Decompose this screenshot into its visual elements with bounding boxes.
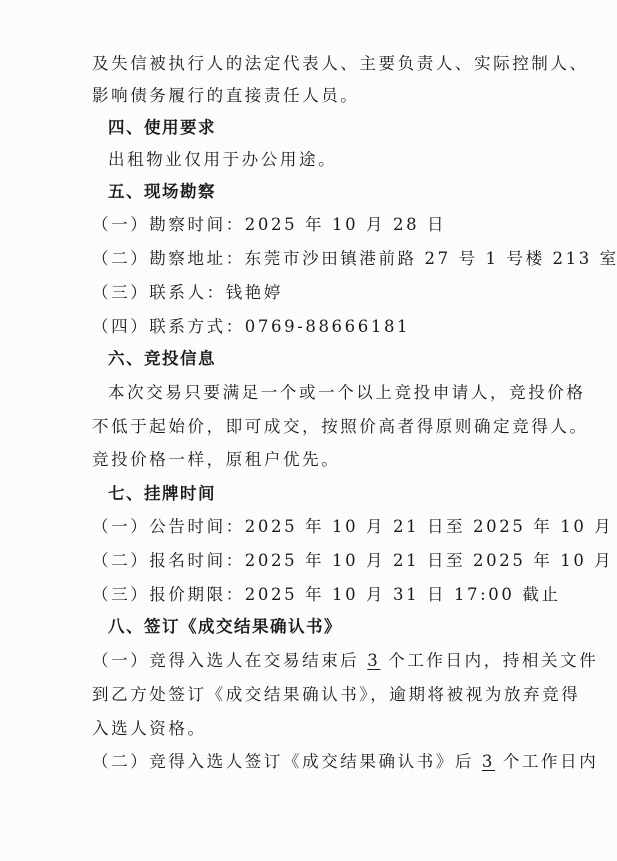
item-text: 个工作日内 — [495, 752, 598, 771]
paragraph-line: 入选人资格。 — [92, 719, 207, 739]
item-text: 个工作日内，持相关文件 — [380, 651, 598, 670]
section-heading-site-visit: 五、现场勘察 — [108, 182, 216, 202]
item-text: （一）竞得入选人在交易结束后 — [92, 651, 367, 670]
section-heading-usage: 四、使用要求 — [108, 118, 216, 138]
paragraph-line: 到乙方处签订《成交结果确认书》，逾期将被视为放弃竞得 — [92, 685, 580, 705]
paragraph-line: 影响债务履行的直接责任人员。 — [92, 86, 359, 106]
list-item: （三）报价期限：2025 年 10 月 31 日 17:00 截止 — [92, 585, 561, 605]
paragraph-line: 竞投价格一样，原租户优先。 — [92, 450, 340, 470]
list-item: （一）公告时间：2025 年 10 月 21 日至 2025 年 10 月 30… — [92, 517, 617, 537]
list-item: （二）竞得入选人签订《成交结果确认书》后 3 个工作日内 — [92, 752, 598, 772]
section-heading-bidding-info: 六、竞投信息 — [108, 349, 216, 369]
list-item: （一）竞得入选人在交易结束后 3 个工作日内，持相关文件 — [92, 651, 598, 671]
paragraph-line: 本次交易只要满足一个或一个以上竞投申请人，竞投价格 — [108, 383, 586, 403]
section-heading-confirmation: 八、签订《成交结果确认书》 — [108, 617, 342, 637]
list-item: （四）联系方式：0769-88666181 — [92, 317, 410, 337]
section-heading-listing-time: 七、挂牌时间 — [108, 484, 216, 504]
item-text: （二）竞得入选人签订《成交结果确认书》后 — [92, 752, 482, 771]
list-item: （二）报名时间：2025 年 10 月 21 日至 2025 年 10 月 30… — [92, 551, 617, 571]
list-item: （一）勘察时间：2025 年 10 月 28 日 — [92, 215, 446, 235]
list-item: （二）勘察地址：东莞市沙田镇港前路 27 号 1 号楼 213 室 — [92, 249, 617, 269]
document-page: 及失信被执行人的法定代表人、主要负责人、实际控制人、 影响债务履行的直接责任人员… — [0, 0, 617, 861]
paragraph-line: 及失信被执行人的法定代表人、主要负责人、实际控制人、 — [92, 54, 589, 74]
paragraph-line: 出租物业仅用于办公用途。 — [108, 150, 337, 170]
paragraph-line: 不低于起始价，即可成交，按照价高者得原则确定竞得人。 — [92, 417, 589, 437]
underlined-number: 3 — [367, 651, 380, 670]
underlined-number: 3 — [482, 752, 495, 771]
list-item: （三）联系人：钱艳婷 — [92, 283, 283, 303]
